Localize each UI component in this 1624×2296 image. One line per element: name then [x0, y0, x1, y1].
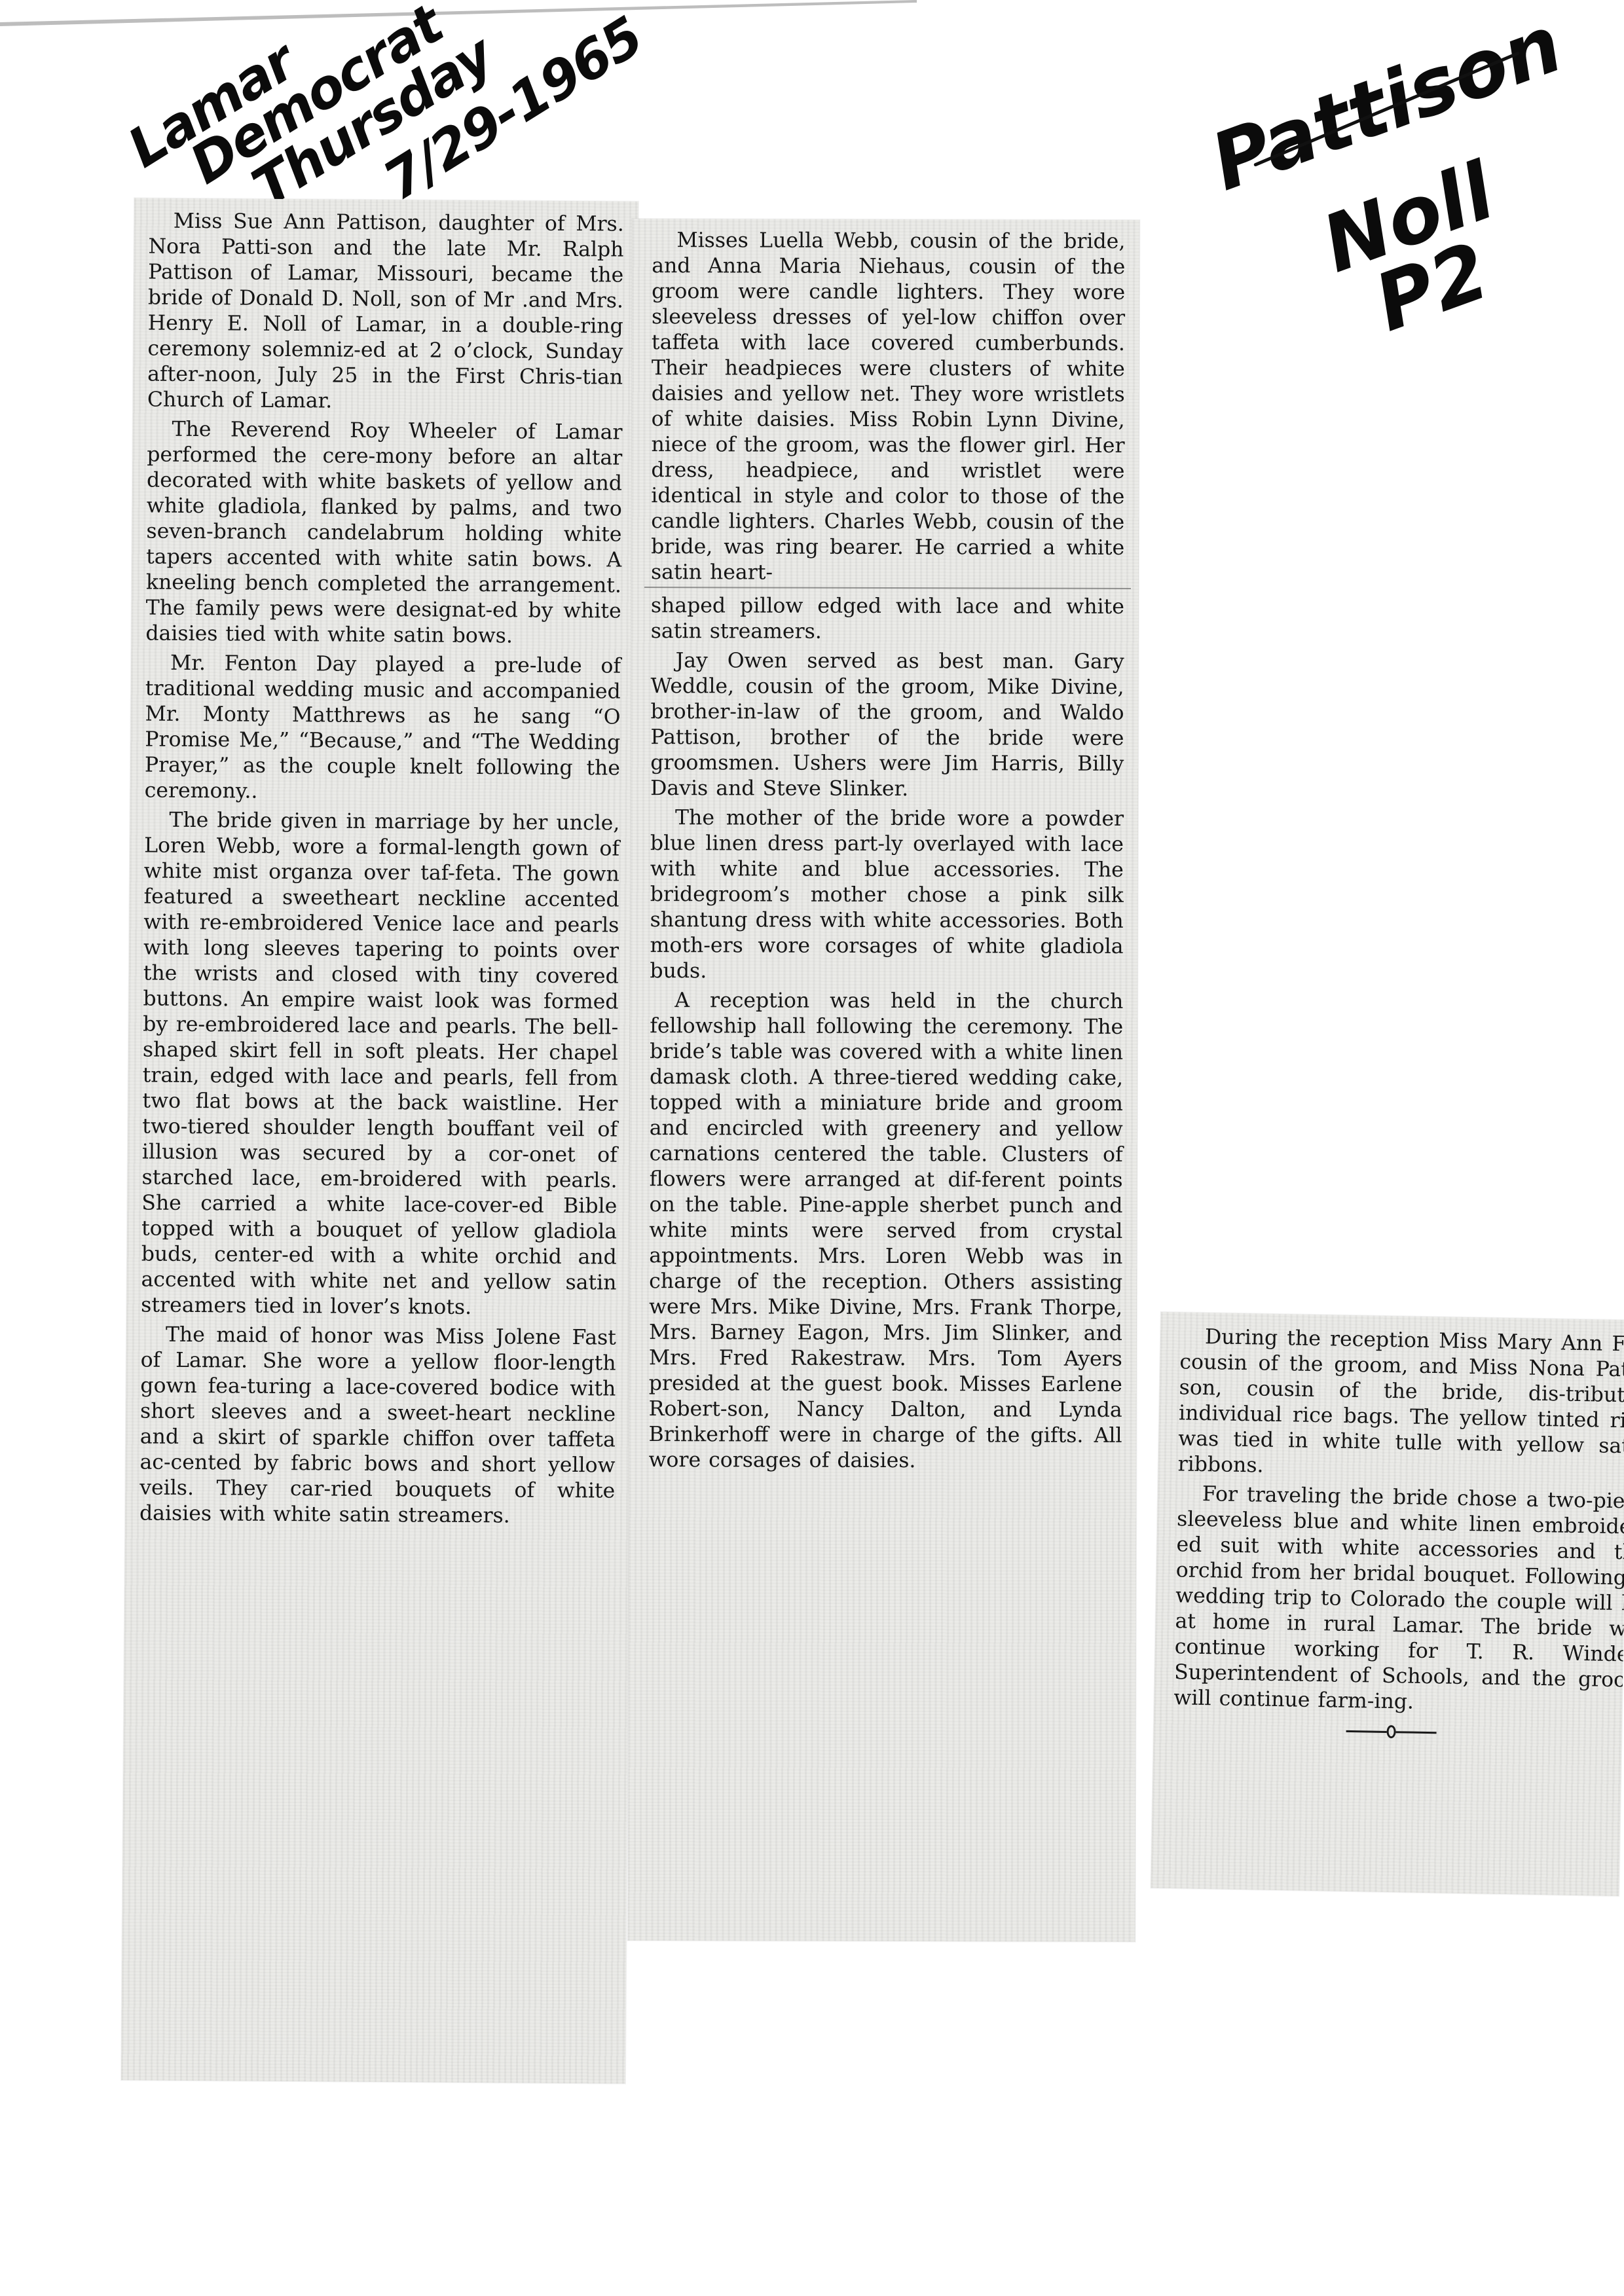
article-paragraph: Miss Sue Ann Pattison, daughter of Mrs. … [147, 209, 624, 416]
article-paragraph: Jay Owen served as best man. Gary Weddle… [650, 648, 1124, 803]
scanner-edge-shadow [0, 0, 917, 26]
article-paragraph: Mr. Fenton Day played a pre-lude of trad… [145, 650, 621, 807]
article-paragraph: During the reception Miss Mary Ann Fry, … [1177, 1324, 1624, 1485]
article-end-mark [1160, 1721, 1621, 1742]
article-column-3: During the reception Miss Mary Ann Fry, … [1151, 1312, 1624, 1896]
article-column-1: Miss Sue Ann Pattison, daughter of Mrs. … [121, 198, 638, 2083]
article-paragraph: The Reverend Roy Wheeler of Lamar perfor… [145, 416, 622, 649]
end-mark-circle-icon [1386, 1725, 1395, 1738]
clipping-tear-line [644, 587, 1131, 589]
article-paragraph: Misses Luella Webb, cousin of the bride,… [651, 228, 1125, 587]
article-column-2: Misses Luella Webb, cousin of the bride,… [628, 219, 1140, 1942]
end-mark-rule [1346, 1730, 1386, 1732]
article-paragraph: The maid of honor was Miss Jolene Fast o… [139, 1322, 616, 1529]
article-paragraph: The bride given in marriage by her uncle… [141, 807, 619, 1321]
article-paragraph: The mother of the bride wore a powder bl… [650, 805, 1124, 985]
article-paragraph: For traveling the bride chose a two-piec… [1173, 1481, 1624, 1719]
article-paragraph: A reception was held in the church fello… [648, 988, 1123, 1474]
article-paragraph: shaped pillow edged with lace and white … [651, 593, 1124, 646]
end-mark-rule [1395, 1731, 1436, 1734]
